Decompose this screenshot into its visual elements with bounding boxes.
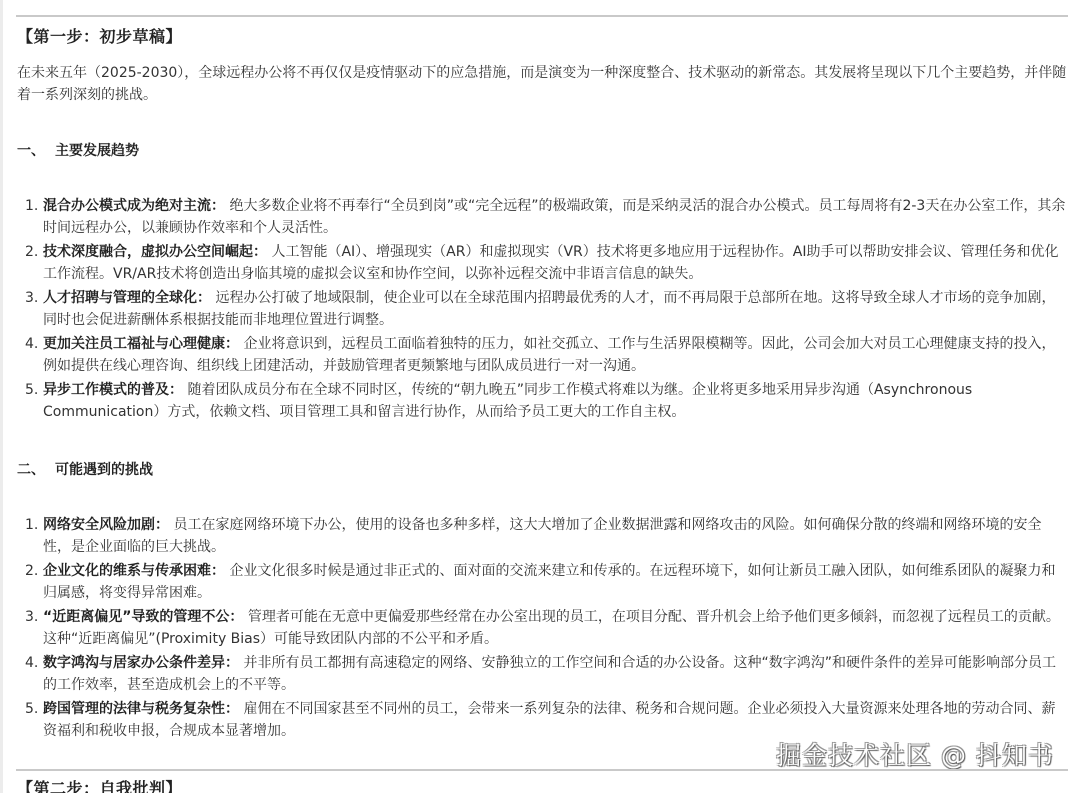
item-lead: 企业文化的维系与传承困难： bbox=[43, 563, 225, 579]
list-item: 2. 企业文化的维系与传承困难： 企业文化很多时候是通过非正式的、面对面的交流来… bbox=[17, 560, 1067, 604]
list-marker: 5. bbox=[25, 698, 38, 720]
step2-title: 【第二步：自我批判】 bbox=[17, 776, 182, 793]
bottom-divider bbox=[16, 769, 1068, 771]
section1-title: 主要发展趋势 bbox=[55, 143, 139, 159]
list-marker: 1. bbox=[25, 195, 38, 217]
list-item: 4. 更加关注员工福祉与心理健康： 企业将意识到，远程员工面临着独特的压力，如社… bbox=[17, 333, 1067, 377]
list-marker: 3. bbox=[25, 287, 38, 309]
item-text: 随着团队成员分布在全球不同时区，传统的“朝九晚五”同步工作模式将难以为继。企业将… bbox=[43, 382, 972, 420]
list-marker: 5. bbox=[25, 379, 38, 401]
item-lead: “近距离偏见”导致的管理不公： bbox=[43, 609, 243, 625]
list-marker: 3. bbox=[25, 606, 38, 628]
item-lead: 技术深度融合，虚拟办公空间崛起： bbox=[43, 244, 267, 260]
watermark: 掘金技术社区 @ 抖知书 bbox=[776, 736, 1054, 772]
list-item: 3. 人才招聘与管理的全球化： 远程办公打破了地域限制，使企业可以在全球范围内招… bbox=[17, 287, 1067, 331]
step1-title: 【第一步：初步草稿】 bbox=[17, 24, 182, 47]
section1-number: 一、 bbox=[17, 143, 45, 159]
list-marker: 1. bbox=[25, 514, 38, 536]
item-lead: 混合办公模式成为绝对主流： bbox=[43, 198, 225, 214]
list-item: 4. 数字鸿沟与居家办公条件差异： 并非所有员工都拥有高速稳定的网络、安静独立的… bbox=[17, 652, 1067, 696]
list-item: 2. 技术深度融合，虚拟办公空间崛起： 人工智能（AI）、增强现实（AR）和虚拟… bbox=[17, 241, 1067, 285]
item-lead: 异步工作模式的普及： bbox=[43, 382, 183, 398]
step1-intro: 在未来五年（2025-2030），全球远程办公将不再仅仅是疫情驱动下的应急措施，… bbox=[17, 62, 1067, 106]
document-page: 【第一步：初步草稿】 在未来五年（2025-2030），全球远程办公将不再仅仅是… bbox=[0, 0, 1080, 793]
section1-list: 1. 混合办公模式成为绝对主流： 绝大多数企业将不再奉行“全员到岗”或“完全远程… bbox=[17, 195, 1067, 425]
item-text: 员工在家庭网络环境下办公，使用的设备也多种多样，这大大增加了企业数据泄露和网络攻… bbox=[43, 517, 1041, 555]
list-item: 5. 异步工作模式的普及： 随着团队成员分布在全球不同时区，传统的“朝九晚五”同… bbox=[17, 379, 1067, 423]
list-item: 3. “近距离偏见”导致的管理不公： 管理者可能在无意中更偏爱那些经常在办公室出… bbox=[17, 606, 1067, 650]
item-lead: 更加关注员工福祉与心理健康： bbox=[43, 336, 239, 352]
list-marker: 4. bbox=[25, 333, 38, 355]
list-item: 1. 混合办公模式成为绝对主流： 绝大多数企业将不再奉行“全员到岗”或“完全远程… bbox=[17, 195, 1067, 239]
section1-heading: 一、主要发展趋势 bbox=[17, 140, 139, 160]
section2-number: 二、 bbox=[17, 462, 45, 478]
list-item: 1. 网络安全风险加剧： 员工在家庭网络环境下办公，使用的设备也多种多样，这大大… bbox=[17, 514, 1067, 558]
top-divider bbox=[16, 15, 1068, 17]
list-marker: 4. bbox=[25, 652, 38, 674]
section2-heading: 二、可能遇到的挑战 bbox=[17, 459, 153, 479]
section2-title: 可能遇到的挑战 bbox=[55, 462, 153, 478]
item-lead: 人才招聘与管理的全球化： bbox=[43, 290, 211, 306]
section2-list: 1. 网络安全风险加剧： 员工在家庭网络环境下办公，使用的设备也多种多样，这大大… bbox=[17, 514, 1067, 744]
item-lead: 数字鸿沟与居家办公条件差异： bbox=[43, 655, 239, 671]
list-marker: 2. bbox=[25, 560, 38, 582]
list-marker: 2. bbox=[25, 241, 38, 263]
item-lead: 跨国管理的法律与税务复杂性： bbox=[43, 701, 239, 717]
item-lead: 网络安全风险加剧： bbox=[43, 517, 169, 533]
